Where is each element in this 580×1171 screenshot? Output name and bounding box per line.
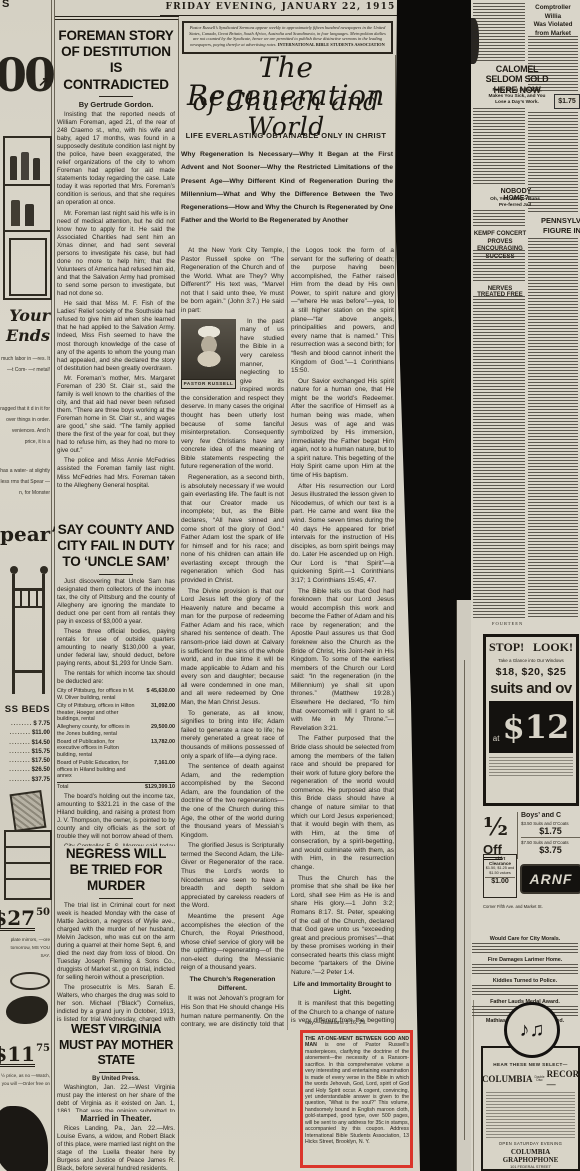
portrait-caption: PASTOR RUSSELL (181, 379, 236, 389)
subhead-calomel: Nasty Drug Salivates, Makes You Sick, an… (487, 88, 547, 107)
sermon-paragraph: The Father purposed that the Bride class… (291, 735, 394, 872)
sermon-subhead: Life and Immortality Brought to Light. (291, 981, 394, 998)
price-row: $26.50 (0, 766, 50, 775)
torn-text-fragment: ½ price, as no —Watch, you will —Order f… (0, 1072, 50, 1088)
article-headline: NEGRESS WILL BE TRIED FOR MURDER (57, 846, 175, 895)
page-folio: FOURTEEN (492, 621, 523, 626)
row-label: Allegheny county, for offices in the Jon… (57, 724, 137, 738)
store-name-fragment: pear’s (0, 522, 52, 546)
main-page: FRIDAY EVENING, JANUARY 22, 1915 Pastor … (55, 0, 420, 1171)
article-body: The trial list in Criminal court for nex… (57, 902, 175, 1022)
newspaper-scan: S 00 ↗ Your Ends much labor in —res. It … (0, 0, 580, 1171)
headline-comptroller: Comptroller Willia Was Violated from Mar… (527, 4, 579, 38)
cabinet-illustration (3, 136, 52, 300)
arnfeld-logo: ARNF (520, 864, 580, 894)
article-paragraph: The trial list in Criminal court for nex… (57, 902, 175, 983)
row-value: 31,092.00 (141, 703, 175, 723)
classified-headline: Would Care for City Morals. (472, 936, 578, 942)
ad-row-price: $3.75 (521, 845, 580, 855)
price-row: $17.50 (0, 757, 50, 766)
hat-illustration (10, 972, 50, 990)
shirt-box-values: $1.50, $1.25 and $1.50 values (485, 866, 515, 876)
page-crease-line (473, 1000, 474, 1171)
headline-line: PENNSYLVANIA (541, 216, 580, 226)
bed-spindle (28, 590, 30, 606)
ad-tagline: Take a Glance into Our Windows (489, 658, 573, 663)
article-headline: SAY COUNTY AND CITY FAIL IN DUTY TO ‘UNC… (57, 522, 175, 571)
sermon-paragraph: The Divine provision is that our Lord Je… (181, 588, 284, 708)
sermon-paragraph: Our Savior exchanged His spirit nature f… (291, 378, 394, 481)
syndication-org: INTERNATIONAL BIBLE STUDENTS ASSOCIATION (278, 42, 385, 47)
torn-text-fragment: ragged that it d in it for over things i… (0, 404, 50, 448)
ad-fine-print (489, 757, 573, 777)
sermon-paragraph: At the New York City Temple, Pastor Russ… (181, 247, 284, 316)
torn-text-fragment: S (2, 0, 9, 10)
article-paragraph: Insisting that the reported needs of Wil… (57, 111, 175, 208)
article-body: The board’s holding out the income tax, … (57, 793, 175, 846)
cabinet-shelf (5, 230, 50, 232)
left-edge-ads: S 00 ↗ Your Ends much labor in —res. It … (0, 0, 55, 1171)
row-value: 13,782.00 (141, 739, 175, 759)
sermon-paragraph: Thus the Church has the promise that she… (291, 875, 394, 978)
shirt-clearance-box: Shirt Clearance $1.50, $1.25 and $1.50 v… (483, 854, 517, 898)
ad-price-box: at $12 (489, 701, 573, 753)
torn-text-fragment: plate mirrors, —ore tomorrow, MS YOU SAY… (0, 936, 50, 959)
news-column: FOREMAN STORY OF DESTITUTION IS CONTRADI… (55, 16, 179, 1171)
price-list: $ 7.75 $11.00 $14.50 $15.75 $17.50 $26.5… (0, 720, 50, 785)
dresser-body (4, 830, 52, 900)
torn-text-fragment: much labor in —res. It —t Com- —r metal! (0, 354, 50, 376)
article-byline: By United Press. (57, 1076, 175, 1082)
dense-text-block (528, 238, 578, 618)
sermon-paragraph: The glorified Jesus is Scripturally term… (181, 842, 284, 911)
table-row: City of Pittsburg, for offices in M. W. … (57, 688, 175, 702)
sermon-paragraph: After His resurrection our Lord Jesus il… (291, 483, 394, 586)
price-callout: $2750 (0, 908, 50, 931)
bottle-icon (33, 158, 40, 180)
total-label: Total (57, 784, 137, 791)
price-row: $ 7.75 (0, 720, 50, 729)
arrow-icon: ↗ (38, 74, 49, 90)
sermon-subhead: The Church’s Regeneration Different. (181, 976, 284, 993)
price-cents: 50 (36, 908, 50, 918)
article-byline: By Gertrude Gordon. (57, 100, 175, 109)
bed-rail (13, 606, 45, 608)
ad-at-label: at (493, 734, 500, 743)
bed-rail (13, 670, 45, 673)
article-paragraph: The board’s holding out the income tax, … (57, 793, 175, 841)
headline-line: Was Violated (527, 21, 579, 30)
ad-hear-line: HEAR THESE NEW SELECT— (486, 1062, 575, 1067)
article-foreman: FOREMAN STORY OF DESTITUTION IS CONTRADI… (57, 24, 175, 522)
ad-column-head: Boys’ and C (521, 812, 580, 819)
total-value: $129,399.10 (141, 784, 175, 791)
drawer-line (6, 862, 50, 864)
syndication-box: Pastor Russell’s Syndicated Sermons appe… (182, 21, 393, 54)
shirt-box-head: Shirt Clearance (485, 856, 515, 866)
store-address: 101 FEDERAL STREET (486, 1165, 575, 1169)
bottle-icon (25, 204, 34, 226)
article-paragraph: These three official bodies, paying rent… (57, 628, 175, 668)
rental-table: City of Pittsburg, for offices in M. W. … (57, 688, 175, 791)
article-paragraph: The prosecutrix is Mrs. Sarah E. Walters… (57, 984, 175, 1022)
sermon-paragraph: Regeneration, as a second birth, is abso… (181, 474, 284, 586)
columbia-ad: HEAR THESE NEW SELECT— COLUMBIA Double D… (481, 1046, 580, 1171)
double-disc-label: Disc (534, 1079, 544, 1082)
article-body: Washington, Jan. 22.—West Virginia must … (57, 1084, 175, 1112)
torn-text-fragment: has a water- at slightly less rms that S… (0, 466, 50, 499)
table-row: Allegheny county, for offices in the Jon… (57, 724, 175, 738)
page-edge (456, 600, 471, 1171)
table-row: City of Pittsburg, offices in Hilton the… (57, 703, 175, 723)
sermon-paragraph: The Bible tells us that God had foreknow… (291, 588, 394, 734)
dense-text-block (472, 985, 578, 997)
drawer-line (6, 878, 50, 880)
price-dollars: $27 (0, 908, 35, 931)
cabinet-shelf (5, 184, 50, 186)
sermon-body: At the New York City Temple, Pastor Russ… (181, 247, 394, 1030)
bed-post (42, 574, 45, 694)
row-value: 7,161.00 (141, 760, 175, 780)
article-paragraph: Mr. Foreman’s mother, Mrs. Margaret Fore… (57, 375, 175, 456)
sermon-paragraph: The sentence of death against Adam, and … (181, 763, 284, 840)
dense-text-block (473, 210, 525, 228)
ad-word-stop: STOP! (489, 640, 524, 655)
shoe-illustration (6, 996, 48, 1024)
date-line: FRIDAY EVENING, JANUARY 22, 1915 (163, 2, 398, 12)
article-negress: NEGRESS WILL BE TRIED FOR MURDER The tri… (57, 846, 175, 1022)
pastor-portrait: PASTOR RUSSELL (181, 319, 236, 389)
ad-headline-fragment: SS BEDS (0, 704, 50, 715)
store-address: Corner Fifth Ave. and Market St. (483, 904, 543, 909)
music-notes-icon: ♪♫ (520, 1019, 545, 1042)
classified-headline: Fire Damages Larimer Home. (472, 957, 578, 963)
galatians-tail: edy.—Galatians 3:16, 29. (305, 1020, 411, 1026)
bed-spindle (20, 590, 22, 606)
adjacent-page: Comptroller Willia Was Violated from Mar… (470, 0, 580, 1171)
masthead-rule (160, 15, 397, 16)
price-dollars: $11 (0, 1044, 35, 1067)
headline-line: FIGURE IN (541, 226, 580, 236)
headline-line: Comptroller Willia (527, 4, 579, 21)
columbia-logo-circle: ♪♫ (504, 1002, 560, 1058)
divider (99, 1072, 133, 1073)
price-row: $15.75 (0, 748, 50, 757)
dresser-mirror (10, 790, 47, 832)
dense-text-block (473, 108, 525, 186)
bottle-icon (21, 152, 29, 180)
price-row: $14.50 (0, 739, 50, 748)
article-paragraph: Washington, Jan. 22.—West Virginia must … (57, 1084, 175, 1112)
half-off-ad: ½ Off Boys’ and C $3.50 Suits and O’Coat… (483, 812, 580, 930)
ad-headline-fragment: Ends (0, 326, 50, 345)
article-headline: Married in Theater. (57, 1114, 175, 1123)
store-name: COLUMBIA GRAPHOPHONE (486, 1148, 575, 1164)
ad-headline-fragment: Your (0, 306, 50, 325)
page-crease-line (464, 660, 465, 1140)
bed-knob (40, 566, 48, 574)
highlight-box (300, 1030, 413, 1168)
price-row: $11.00 (0, 729, 50, 738)
sermon-deck: Why Regeneration Is Necessary—Why It Beg… (181, 148, 393, 228)
table-total-row: Total$129,399.10 (57, 782, 175, 791)
row-label: Board of Public Education, for offices i… (57, 760, 137, 780)
article-paragraph: The rentals for which income tax should … (57, 670, 175, 686)
bed-knob (10, 566, 18, 574)
ad-price-line: $18, $20, $25 (489, 666, 573, 678)
row-value: $ 45,630.00 (141, 688, 175, 702)
record-list (486, 1092, 575, 1138)
brass-bed-illustration (10, 566, 48, 698)
bed-spindle (36, 590, 38, 606)
price-row: $37.75 (0, 776, 50, 785)
drawer-line (6, 846, 50, 848)
clothing-ad: STOP! LOOK! Take a Glance into Our Windo… (483, 634, 579, 806)
dense-text-block (473, 296, 525, 618)
article-married: Married in Theater. Rices Landing, Pa., … (57, 1112, 175, 1171)
half-off-mark: ½ Off (483, 812, 517, 859)
dense-text-block (473, 250, 525, 282)
open-hours-line: OPEN SATURDAY EVENING (486, 1141, 575, 1146)
article-headline: WEST VIRGINIA MUST PAY MOTHER STATE (57, 1022, 175, 1069)
price-cents: 75 (36, 1044, 50, 1054)
dresser-illustration (4, 792, 50, 904)
bottle-icon (10, 156, 17, 180)
divider (99, 574, 133, 575)
article-uncle-sam: SAY COUNTY AND CITY FAIL IN DUTY TO ‘UNC… (57, 522, 175, 846)
article-paragraph: He said that Miss M. F. Fish of the Ladi… (57, 300, 175, 373)
ad-row-price: $1.75 (521, 826, 580, 838)
bottle-icon (11, 200, 20, 226)
article-body: Just discovering that Uncle Sam has desi… (57, 578, 175, 687)
classified-headline: Kiddies Turned to Police. (472, 978, 578, 984)
sermon-paragraph: To generate, as all know, signifies to b… (181, 710, 284, 761)
dense-text-block (472, 943, 578, 955)
price-tag: $1.75 (554, 94, 580, 109)
table-row: Board of Public Education, for offices i… (57, 760, 175, 780)
records-word: RECOR— (547, 1069, 580, 1089)
fraction-glyph: ½ (483, 812, 508, 841)
row-label: City of Pittsburg, offices in Hilton the… (57, 703, 137, 723)
article-paragraph: Mr. Foreman last night said his wife is … (57, 210, 175, 299)
ad-big-price: $12 (502, 708, 569, 746)
columbia-brand: COLUMBIA (482, 1074, 533, 1084)
ad-word-look: LOOK! (533, 640, 573, 655)
article-headline: FOREMAN STORY OF DESTITUTION IS CONTRADI… (57, 24, 175, 93)
divider (99, 898, 133, 899)
article-body: Rices Landing, Pa., Jan. 22.—Mrs. Louise… (57, 1125, 175, 1171)
headline-pennsylvania: PENNSYLVANIA FIGURE IN (541, 216, 580, 236)
cabinet-door (9, 238, 47, 296)
dense-text-block (473, 3, 525, 63)
article-paragraph: Rices Landing, Pa., Jan. 22.—Mrs. Louise… (57, 1125, 175, 1171)
sermon-paragraph: Meantime the present Age accomplishes th… (181, 913, 284, 973)
portrait-photo (181, 319, 236, 379)
row-label: City of Pittsburg, for offices in M. W. … (57, 688, 137, 702)
table-row: Board of Publication, for executive offi… (57, 739, 175, 759)
row-label: Board of Publication, for executive offi… (57, 739, 137, 759)
row-value: 29,500.00 (141, 724, 175, 738)
subhead-nobody-home: Oh, Yes, Wifey—Runs Pre-ferred Jail (486, 197, 544, 209)
shirt-box-price: $1.00 (485, 877, 515, 885)
divider (99, 96, 133, 97)
dark-furniture-silhouette (0, 1106, 48, 1171)
article-west-virginia: WEST VIRGINIA MUST PAY MOTHER STATE By U… (57, 1022, 175, 1112)
ad-product-line: suits and ov (489, 680, 573, 697)
article-paragraph: Just discovering that Uncle Sam has desi… (57, 578, 175, 626)
article-paragraph: The police and Miss Annie McFedries assi… (57, 457, 175, 489)
bed-post (12, 574, 15, 694)
dense-text-block (472, 964, 578, 976)
article-body: Insisting that the reported needs of Wil… (57, 111, 175, 490)
price-callout: $1175 (0, 1044, 50, 1067)
sermon-kicker: LIFE EVERLASTING OBTAINABLE ONLY IN CHRI… (178, 131, 394, 140)
